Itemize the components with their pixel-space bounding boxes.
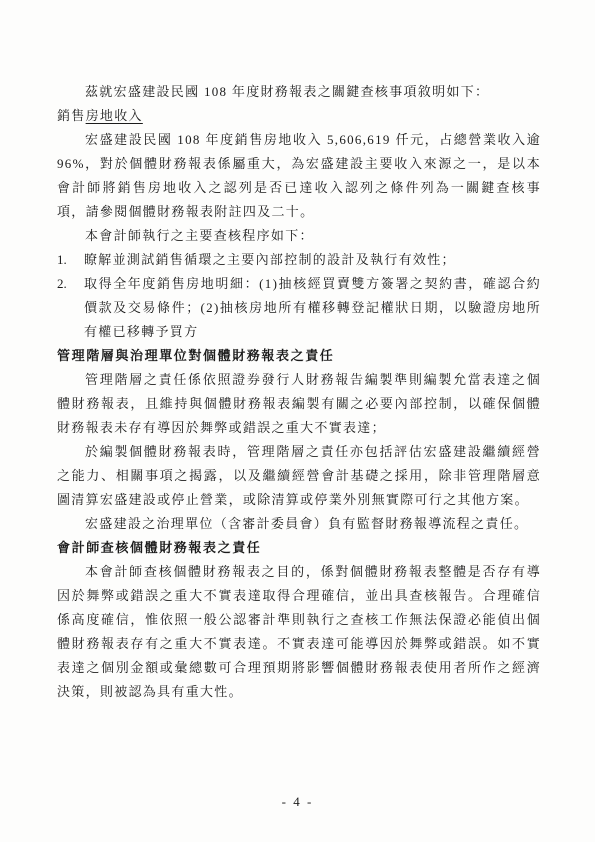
management-paragraph-3: 宏盛建設之治理單位（含審計委員會）負有監督財務報導流程之責任。	[57, 512, 541, 536]
kam-subheading-underlined-part: 房地收入	[86, 108, 143, 123]
procedure-number: 1.	[57, 248, 84, 272]
auditor-paragraph-1: 本會計師查核個體財務報表之目的，係對個體財務報表整體是否存有導因於舞弊或錯誤之重…	[57, 560, 541, 704]
page-number: - 4 -	[0, 794, 595, 810]
document-body: 茲就宏盛建設民國 108 年度財務報表之關鍵查核事項敘明如下： 銷售房地收入 宏…	[57, 80, 541, 704]
procedure-text: 瞭解並測試銷售循環之主要內部控制的設計及執行有效性；	[84, 248, 541, 272]
kam-description-paragraph: 宏盛建設民國 108 年度銷售房地收入 5,606,619 仟元，占總營業收入逾…	[57, 128, 541, 224]
management-responsibility-heading: 管理階層與治理單位對個體財務報表之責任	[57, 344, 541, 368]
kam-subheading-sales-revenue: 銷售房地收入	[57, 104, 541, 128]
kam-subheading-plain-part: 銷售	[57, 108, 86, 123]
procedure-number: 2.	[57, 272, 84, 344]
auditor-responsibility-heading: 會計師查核個體財務報表之責任	[57, 536, 541, 560]
management-paragraph-1: 管理階層之責任係依照證券發行人財務報告編製準則編製允當表達之個體財務報表，且維持…	[57, 368, 541, 440]
procedure-item-2: 2. 取得全年度銷售房地明細：(1)抽核經買賣雙方簽署之契約書，確認合約價款及交…	[57, 272, 541, 344]
intro-paragraph: 茲就宏盛建設民國 108 年度財務報表之關鍵查核事項敘明如下：	[57, 80, 541, 104]
document-page: 茲就宏盛建設民國 108 年度財務報表之關鍵查核事項敘明如下： 銷售房地收入 宏…	[0, 0, 595, 842]
management-paragraph-2: 於編製個體財務報表時，管理階層之責任亦包括評估宏盛建設繼續經營之能力、相關事項之…	[57, 440, 541, 512]
procedures-intro-paragraph: 本會計師執行之主要查核程序如下：	[57, 224, 541, 248]
procedure-item-1: 1. 瞭解並測試銷售循環之主要內部控制的設計及執行有效性；	[57, 248, 541, 272]
procedure-text: 取得全年度銷售房地明細：(1)抽核經買賣雙方簽署之契約書，確認合約價款及交易條件…	[84, 272, 541, 344]
